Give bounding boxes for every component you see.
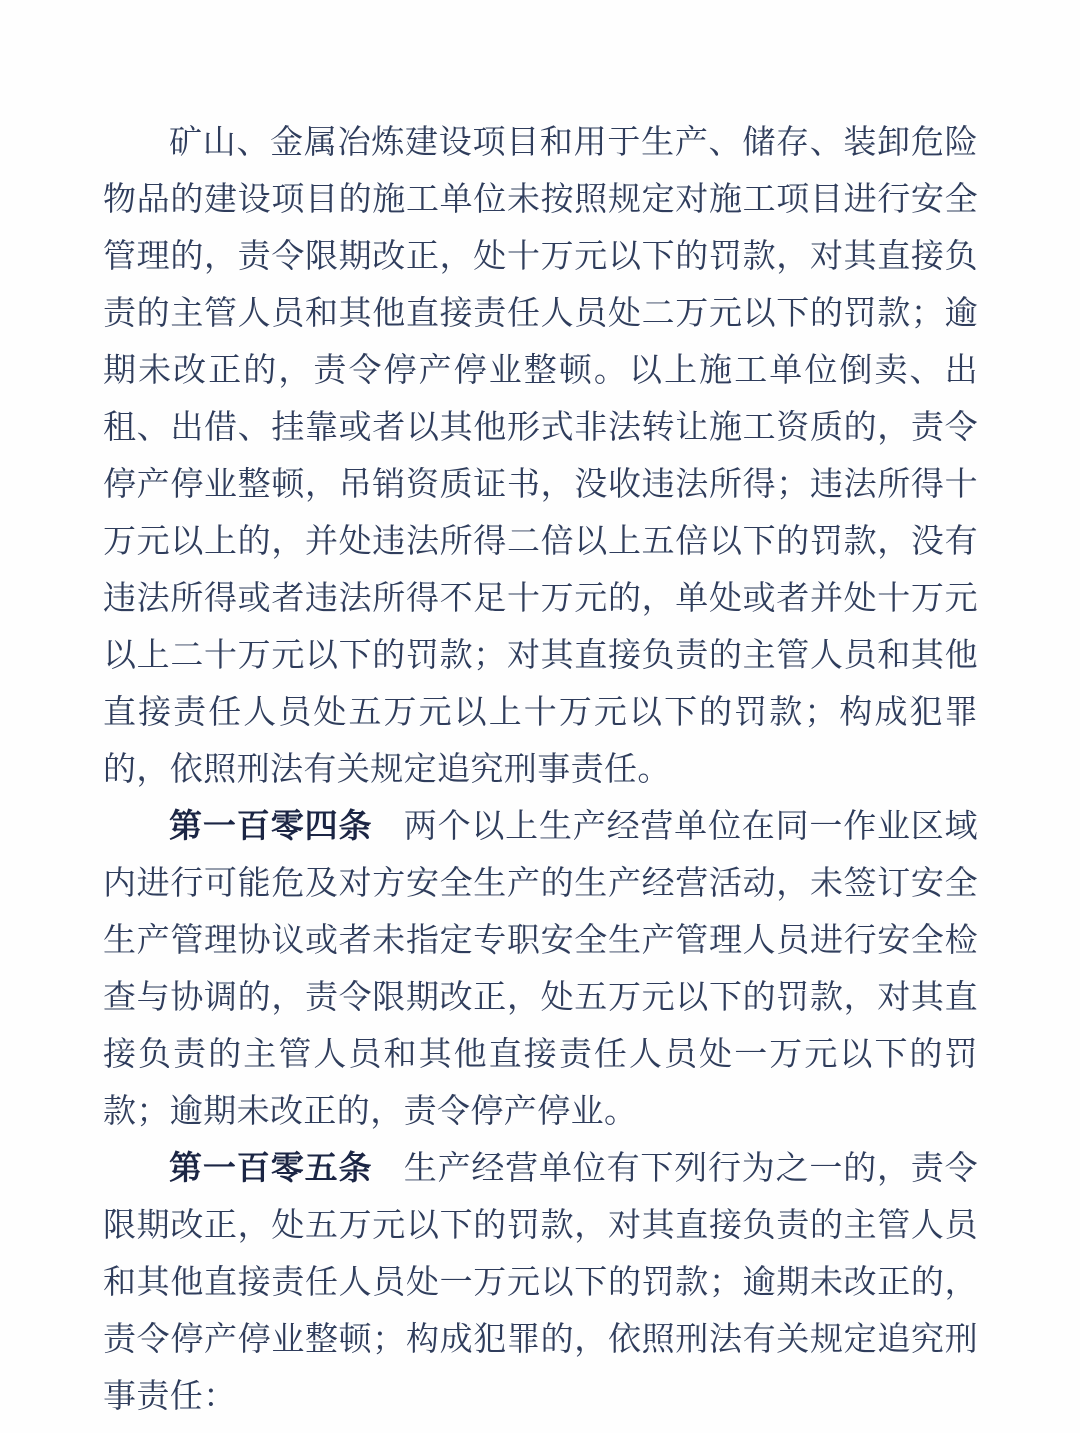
document-page: 矿山、金属冶炼建设项目和用于生产、储存、装卸危险物品的建设项目的施工单位未按照规… [0,0,1080,1433]
article-number: 第一百零四条 [169,806,372,845]
paragraph-article-104: 第一百零四条两个以上生产经营单位在同一作业区域内进行可能危及对方安全生产的生产经… [103,797,978,1139]
paragraph-text: 生产经营单位有下列行为之一的，责令限期改正，处五万元以下的罚款，对其直接负责的主… [103,1148,978,1415]
paragraph-construction-unit-penalty: 矿山、金属冶炼建设项目和用于生产、储存、装卸危险物品的建设项目的施工单位未按照规… [103,113,978,797]
paragraph-text: 矿山、金属冶炼建设项目和用于生产、储存、装卸危险物品的建设项目的施工单位未按照规… [103,122,978,788]
article-number: 第一百零五条 [169,1148,372,1187]
paragraph-article-105: 第一百零五条生产经营单位有下列行为之一的，责令限期改正，处五万元以下的罚款，对其… [103,1139,978,1424]
paragraph-text: 两个以上生产经营单位在同一作业区域内进行可能危及对方安全生产的生产经营活动，未签… [103,806,978,1130]
